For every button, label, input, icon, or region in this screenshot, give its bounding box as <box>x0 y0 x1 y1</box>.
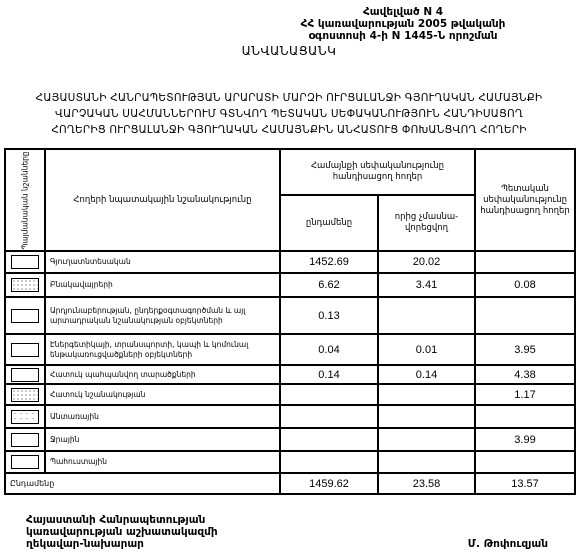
value-state: 3.99 <box>475 428 575 451</box>
signatory-position: Հայաստանի Հանրապետության կառավարության ա… <box>26 514 218 550</box>
land-purpose-label: Բնակավայրերի <box>45 273 280 297</box>
value-total: 0.14 <box>280 365 378 384</box>
heading-line: ՀԱՅԱՍՏԱՆԻ ՀԱՆՐԱՊԵՏՈՒԹՅԱՆ ԱՐԱՐԱՏԻ ՄԱՐԶԻ Ո… <box>0 90 578 106</box>
value-state: 0.08 <box>475 273 575 297</box>
header-community: Համայնքի սեփականությունը հանդիսացող հողե… <box>280 149 475 195</box>
legend-cell <box>5 251 45 273</box>
legend-swatch-icon <box>11 455 39 469</box>
annex-line: Հավելված N 4 <box>258 6 548 18</box>
heading-line: ՎԱՐՉԱԿԱՆ ՍԱՀՄԱՆՆԵՐՈՒՄ ԳՏՆՎՈՂ ՊԵՏԱԿԱՆ ՍԵՓ… <box>0 106 578 122</box>
value-total <box>280 428 378 451</box>
totals-state: 13.57 <box>475 473 575 494</box>
document-heading: ՀԱՅԱՍՏԱՆԻ ՀԱՆՐԱՊԵՏՈՒԹՅԱՆ ԱՐԱՐԱՏԻ ՄԱՐԶԻ Ո… <box>0 90 578 138</box>
legend-cell <box>5 451 45 473</box>
legend-swatch-icon <box>11 433 39 447</box>
totals-label: Ընդամենը <box>5 473 280 494</box>
totals-total: 1459.62 <box>280 473 378 494</box>
position-line: կառավարության աշխատակազմի <box>26 526 218 538</box>
land-purpose-label: Արդյունաբերության, ընդերքօգտագործման և ա… <box>45 297 280 334</box>
totals-of-which: 23.58 <box>378 473 475 494</box>
legend-cell <box>5 273 45 297</box>
legend-cell <box>5 405 45 428</box>
value-of-which <box>378 297 475 334</box>
value-state: 1.17 <box>475 384 575 405</box>
land-purpose-label: Հատուկ նշանակության <box>45 384 280 405</box>
value-total <box>280 405 378 428</box>
legend-swatch-icon <box>11 368 39 382</box>
value-state <box>475 451 575 473</box>
table-row: Արդյունաբերության, ընդերքօգտագործման և ա… <box>5 297 575 334</box>
land-purpose-label: Անտառային <box>45 405 280 428</box>
land-purpose-label: Էներգետիկայի, տրանսպորտի, կապի և կոմունա… <box>45 334 280 365</box>
legend-header-text: Պայմանական նշանները <box>21 151 30 249</box>
table-row: Գյուղատնտեսական1452.6920.02 <box>5 251 575 273</box>
value-of-which <box>378 428 475 451</box>
annex-line: ՀՀ կառավարության 2005 թվականի <box>258 18 548 30</box>
table-row: Հատուկ պահպանվող տարածքների0.140.144.38 <box>5 365 575 384</box>
legend-cell <box>5 334 45 365</box>
legend-swatch-icon <box>11 410 39 424</box>
value-total <box>280 451 378 473</box>
totals-row: Ընդամենը1459.6223.5813.57 <box>5 473 575 494</box>
document-title: ԱՆՎԱՆԱՑԱՆԿ <box>0 44 578 58</box>
table-row: Ջրային3.99 <box>5 428 575 451</box>
value-of-which: 3.41 <box>378 273 475 297</box>
value-state: 3.95 <box>475 334 575 365</box>
value-state: 4.38 <box>475 365 575 384</box>
signatory-name: Մ. Թոփուզյան <box>468 538 548 550</box>
legend-swatch-icon <box>11 278 39 292</box>
annex-reference: Հավելված N 4 ՀՀ կառավարության 2005 թվակա… <box>258 6 548 42</box>
legend-cell <box>5 384 45 405</box>
position-line: ղեկավար-նախարար <box>26 538 218 550</box>
table-row: Պահուստային <box>5 451 575 473</box>
value-of-which: 0.14 <box>378 365 475 384</box>
value-total: 1452.69 <box>280 251 378 273</box>
land-purpose-label: Հատուկ պահպանվող տարածքների <box>45 365 280 384</box>
value-state <box>475 405 575 428</box>
value-state <box>475 297 575 334</box>
value-of-which <box>378 384 475 405</box>
table-row: Բնակավայրերի6.623.410.08 <box>5 273 575 297</box>
land-purpose-label: Գյուղատնտեսական <box>45 251 280 273</box>
value-total <box>280 384 378 405</box>
legend-swatch-icon <box>11 309 39 323</box>
legend-cell <box>5 365 45 384</box>
header-legend: Պայմանական նշանները <box>5 149 45 251</box>
table-row: Անտառային <box>5 405 575 428</box>
value-total: 6.62 <box>280 273 378 297</box>
land-table: Պայմանական նշանները Հողերի նպատակային նշ… <box>4 148 576 495</box>
legend-cell <box>5 297 45 334</box>
legend-swatch-icon <box>11 388 39 402</box>
header-of-which: որից չմասնա-վորեցվող <box>378 195 475 251</box>
value-of-which: 20.02 <box>378 251 475 273</box>
value-total: 0.04 <box>280 334 378 365</box>
table-row: Հատուկ նշանակության1.17 <box>5 384 575 405</box>
legend-cell <box>5 428 45 451</box>
value-of-which <box>378 405 475 428</box>
legend-swatch-icon <box>11 343 39 357</box>
land-purpose-label: Պահուստային <box>45 451 280 473</box>
header-state: Պետական սեփականությունը հանդիսացող հողեր <box>475 149 575 251</box>
heading-line: ՀՈՂԵՐԻՑ ՈՒՐՑԱԼԱՆՋԻ ԳՅՈՒՂԱԿԱՆ ՀԱՄԱՅՆՔԻՆ Ա… <box>0 122 578 138</box>
land-purpose-label: Ջրային <box>45 428 280 451</box>
header-purpose: Հողերի նպատակային նշանակությունը <box>45 149 280 251</box>
value-state <box>475 251 575 273</box>
value-total: 0.13 <box>280 297 378 334</box>
value-of-which <box>378 451 475 473</box>
value-of-which: 0.01 <box>378 334 475 365</box>
annex-line: օգոստոսի 4-ի N 1445-Ն որոշման <box>258 30 548 42</box>
position-line: Հայաստանի Հանրապետության <box>26 514 218 526</box>
header-total: ընդամենը <box>280 195 378 251</box>
legend-swatch-icon <box>11 255 39 269</box>
table-row: Էներգետիկայի, տրանսպորտի, կապի և կոմունա… <box>5 334 575 365</box>
